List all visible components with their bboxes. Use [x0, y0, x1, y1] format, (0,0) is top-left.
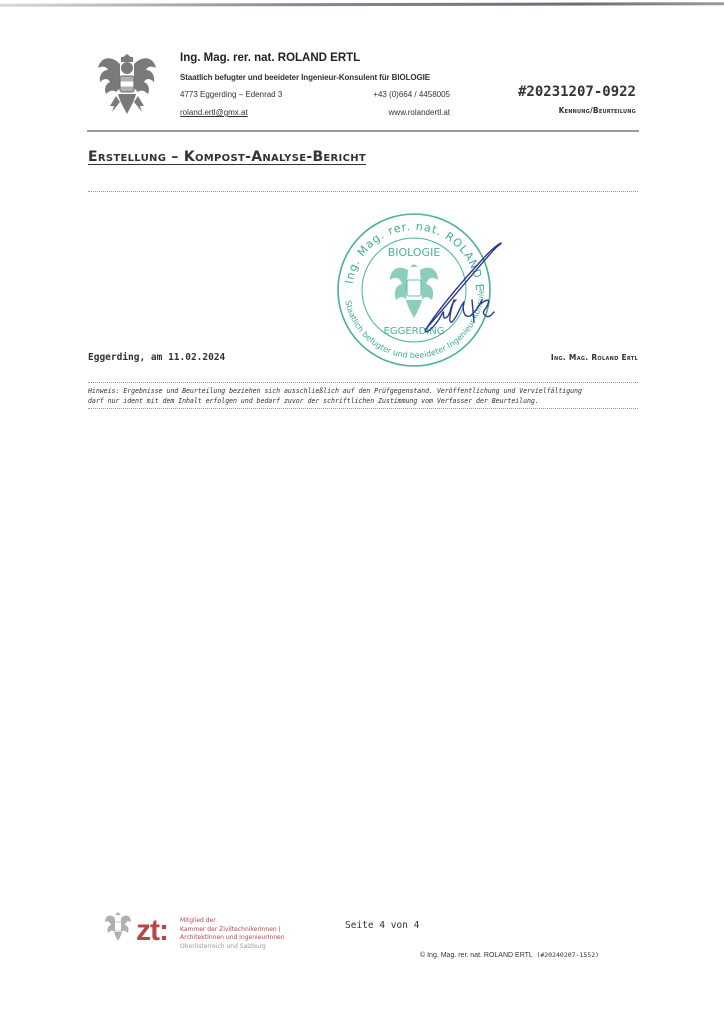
consultant-website-link[interactable]: www.rolandertl.at	[350, 108, 450, 117]
place-and-date: Eggerding, am 11.02.2024	[88, 352, 225, 363]
signer-name: Ing. Mag. Roland Ertl	[551, 353, 638, 362]
legal-notice-line: Hinweis: Ergebnisse und Beurteilung bezi…	[88, 386, 640, 396]
consultant-email-link[interactable]: roland.ertl@gmx.at	[180, 108, 248, 117]
dotted-divider	[88, 191, 638, 192]
copyright-text: © Ing. Mag. rer. nat. ROLAND ERTL	[420, 952, 533, 959]
official-stamp: Ing. Mag. rer. nat. ROLAND ERTL Staatlic…	[330, 212, 510, 367]
consultant-qualification: Staatlich befugter und beeideter Ingenie…	[180, 73, 430, 82]
legal-notice-line: darf nur ident mit dem Inhalt erfolgen u…	[88, 396, 640, 406]
page-title: Erstellung – Kompost-Analyse-Bericht	[88, 149, 366, 165]
zt-line: Oberösterreich und Salzburg	[180, 943, 285, 952]
austrian-coat-of-arms-icon	[96, 48, 158, 116]
document-id: #20231207-0922	[518, 84, 636, 100]
austrian-eagle-icon	[104, 910, 132, 942]
document-id-label: Kennung/Beurteilung	[559, 106, 636, 115]
copyright-id: (#20240207-1552)	[536, 951, 599, 959]
consultant-phone: +43 (0)664 / 4458005	[352, 90, 450, 99]
scan-edge	[0, 2, 724, 7]
zt-logo: zt:	[136, 916, 168, 946]
zt-line: Mitglied der	[180, 917, 285, 926]
zt-chamber-text: Mitglied der Kammer der ZiviltechnikerIn…	[180, 917, 285, 951]
dotted-divider	[88, 382, 638, 383]
page-number: Seite 4 von 4	[345, 920, 419, 931]
zt-chamber-membership: zt: Mitglied der Kammer der Ziviltechnik…	[104, 910, 324, 958]
svg-text:EGGERDING: EGGERDING	[384, 326, 445, 337]
legal-notice: Hinweis: Ergebnisse und Beurteilung bezi…	[88, 386, 640, 406]
consultant-address: 4773 Eggerding – Edenrad 3	[180, 90, 282, 99]
consultant-name: Ing. Mag. rer. nat. ROLAND ERTL	[180, 52, 360, 64]
dotted-divider	[88, 408, 638, 409]
header-divider	[87, 130, 639, 132]
zt-line: Kammer der ZiviltechnikerInnen |	[180, 926, 285, 935]
svg-text:BIOLOGIE: BIOLOGIE	[388, 246, 441, 259]
copyright-notice: © Ing. Mag. rer. nat. ROLAND ERTL (#2024…	[420, 951, 599, 959]
zt-line: ArchitektInnen und IngenieurInnen	[180, 934, 285, 943]
